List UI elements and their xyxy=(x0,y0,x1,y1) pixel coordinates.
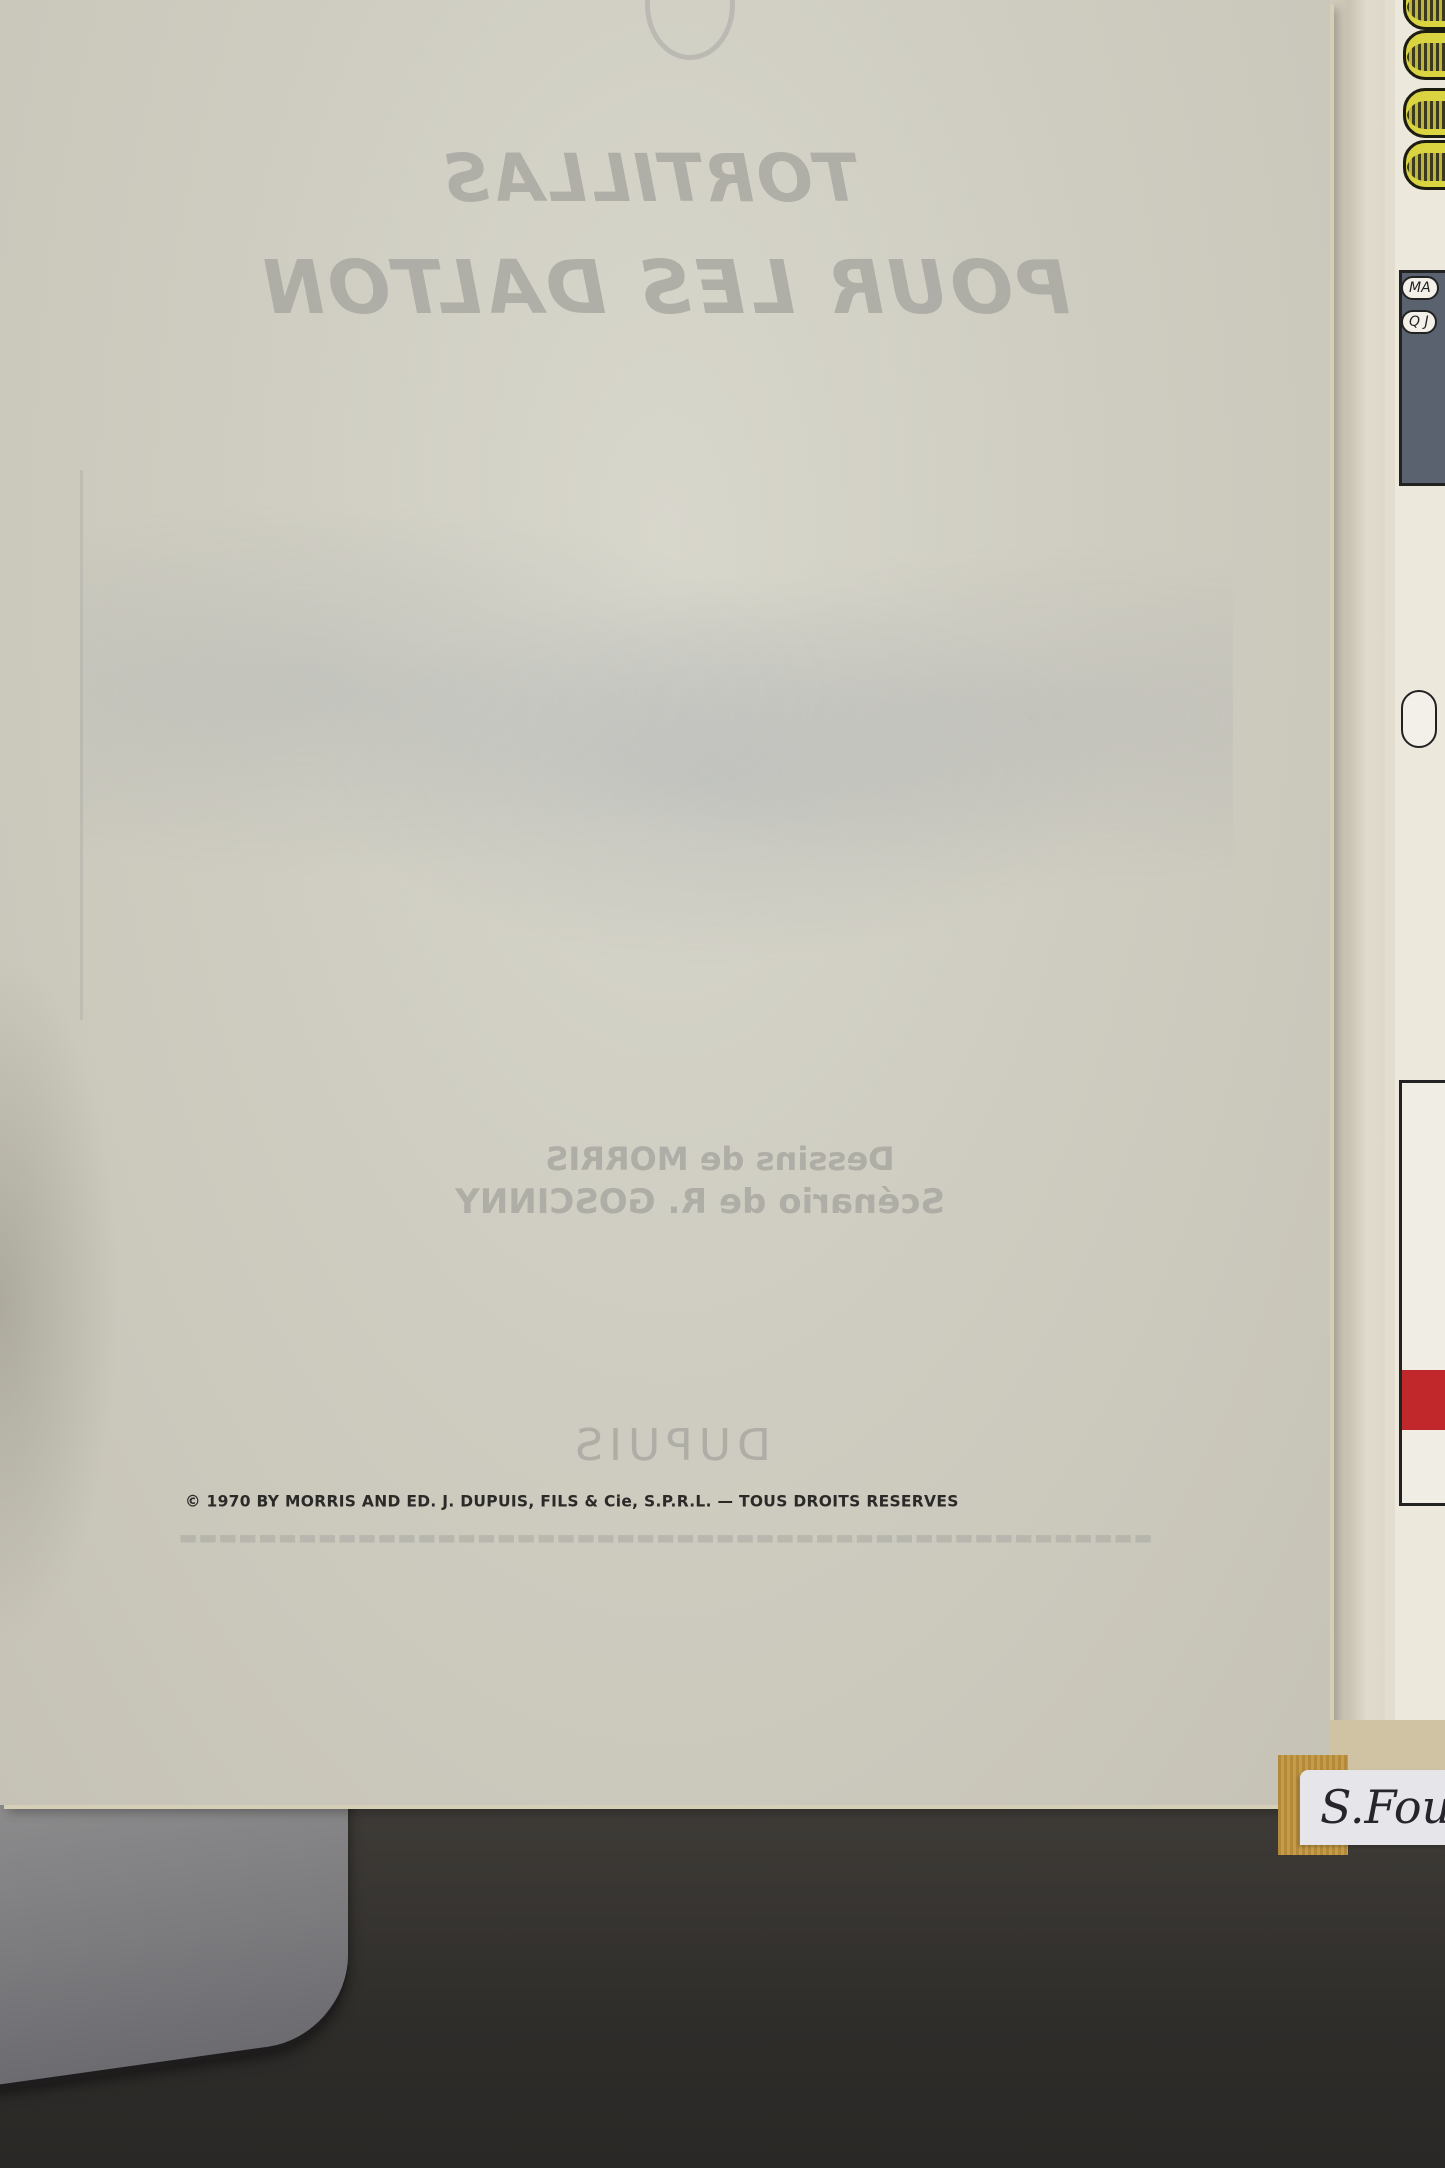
comic-red-area xyxy=(1402,1370,1445,1430)
spine-fold xyxy=(1325,0,1385,1790)
comic-panel xyxy=(1399,270,1445,486)
speech-bubble-round xyxy=(1401,690,1437,748)
speech-bubble: MA xyxy=(1401,276,1439,300)
comic-coin-stack xyxy=(1403,0,1445,30)
copyright-notice: © 1970 BY MORRIS AND ED. J. DUPUIS, FILS… xyxy=(185,1492,1135,1511)
comic-panel xyxy=(1399,1080,1445,1506)
comic-coin-stack xyxy=(1403,140,1445,190)
show-through-title-line-2: POUR LES DALTON xyxy=(190,245,1140,331)
show-through-title-line-1: TORTILLAS xyxy=(380,140,920,217)
facing-comic-page: MA Q J xyxy=(1395,0,1445,1760)
name-label-text: S.Fou xyxy=(1320,1780,1445,1834)
show-through-credit-script: Scénario de R. GOSCINNY xyxy=(320,1182,1080,1222)
show-through-credit-drawings: Dessins de MORRIS xyxy=(440,1140,1000,1178)
comic-coin-stack xyxy=(1403,88,1445,138)
show-through-cities-line: ▬▬▬▬▬▬▬▬▬▬▬▬▬▬▬▬▬▬▬▬▬▬▬▬▬▬▬▬▬▬▬▬▬▬▬▬▬▬▬▬… xyxy=(100,1525,1230,1549)
speech-bubble: Q J xyxy=(1401,310,1437,334)
show-through-publisher: DUPUIS xyxy=(480,1420,860,1471)
handwritten-name-label: S.Fou xyxy=(1300,1770,1445,1845)
book-page: TORTILLAS POUR LES DALTON Dessins de MOR… xyxy=(0,0,1330,1805)
show-through-illustration xyxy=(80,470,1233,1020)
show-through-logo xyxy=(645,0,735,60)
comic-coin-stack xyxy=(1403,30,1445,80)
